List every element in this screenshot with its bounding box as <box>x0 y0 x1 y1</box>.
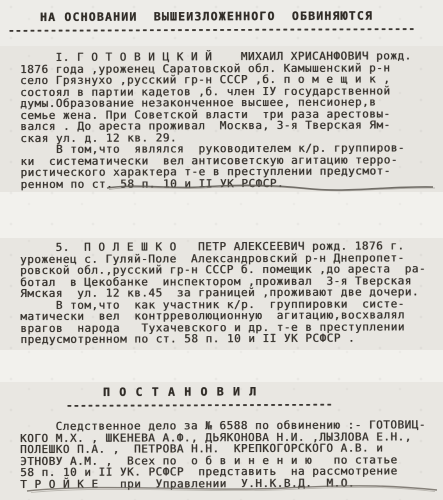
pencil-underline-entry-1 <box>105 180 437 194</box>
dashed-rule-resolution: -------------------------------------- <box>66 399 333 412</box>
dashed-rule-top: ----------------------------------------… <box>8 23 415 36</box>
pencil-underline-bottom <box>25 479 439 497</box>
accused-entry-2: 5. П О Л Е Ш К О ПЕТР АЛЕКСЕЕВИЧ рожд. 1… <box>20 240 426 345</box>
wavy-line-icon <box>105 180 437 194</box>
accused-entry-1: I. Г О Т О В И Ц К И Й МИХАИЛ ХРИСАНФОВИ… <box>20 50 412 190</box>
scanned-document-page: НА ОСНОВАНИИ ВЫШЕИЗЛОЖЕННОГО ОБВИНЯЮТСЯ … <box>0 0 443 500</box>
section-heading-accusation: НА ОСНОВАНИИ ВЫШЕИЗЛОЖЕННОГО ОБВИНЯЮТСЯ <box>40 11 373 24</box>
wavy-line-icon <box>25 479 439 497</box>
section-heading-resolution: П О С Т А Н О В И Л <box>103 386 257 398</box>
